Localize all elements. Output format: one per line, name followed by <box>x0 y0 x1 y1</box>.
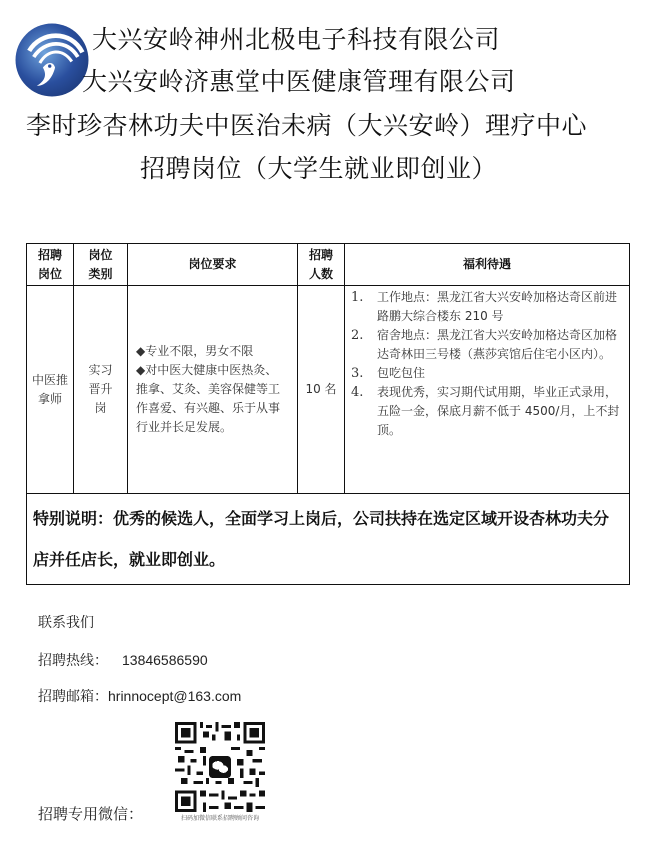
benefit-item: 1. 工作地点：黑龙江省大兴安岭加格达奇区前进路鹏大综合楼东 210 号 <box>351 288 623 326</box>
title-center: 李时珍杏林功夫中医治未病（大兴安岭）理疗中心 <box>26 106 587 142</box>
contact-heading: 联系我们 <box>38 612 94 632</box>
title-company-2: 大兴安岭济惠堂中医健康管理有限公司 <box>82 62 516 98</box>
qr-caption: 扫码加微信联系招聘顾问咨询 <box>165 813 275 822</box>
title-recruitment: 招聘岗位（大学生就业即创业） <box>140 149 497 185</box>
header-headcount: 招聘 人数 <box>298 244 345 286</box>
header-benefits: 福利待遇 <box>345 244 630 286</box>
email-address[interactable]: hrinnocept@163.com <box>108 688 241 704</box>
wechat-label: 招聘专用微信： <box>38 803 143 824</box>
header-position: 招聘 岗位 <box>27 244 74 286</box>
table-header-row: 招聘 岗位 岗位 类别 岗位要求 招聘 人数 福利待遇 <box>27 244 630 286</box>
benefit-item: 4. 表现优秀，实习期代试用期，毕业正式录用，五险一金，保底月薪不低于 4500… <box>351 383 623 440</box>
requirement-item: ◆对中医大健康中医热灸、推拿、艾灸、美容保健等工作喜爱、有兴趣、乐于从事行业并长… <box>136 361 289 437</box>
requirement-item: ◆专业不限，男女不限 <box>136 342 289 361</box>
special-note: 特别说明：优秀的候选人，全面学习上岗后，公司扶持在选定区域开设杏林功夫分店并任店… <box>27 494 630 585</box>
table-row: 中医推 拿师 实习 晋升 岗 ◆专业不限，男女不限 ◆对中医大健康中医热灸、推拿… <box>27 286 630 494</box>
hotline-label: 招聘热线： <box>38 653 108 669</box>
title-company-1: 大兴安岭神州北极电子科技有限公司 <box>92 20 500 56</box>
cell-position: 中医推 拿师 <box>27 286 74 494</box>
header-requirements: 岗位要求 <box>128 244 298 286</box>
benefit-item: 3. 包吃包住 <box>351 364 623 383</box>
cell-benefits: 1. 工作地点：黑龙江省大兴安岭加格达奇区前进路鹏大综合楼东 210 号 2. … <box>345 286 630 494</box>
cell-category: 实习 晋升 岗 <box>74 286 128 494</box>
jobs-table: 招聘 岗位 岗位 类别 岗位要求 招聘 人数 福利待遇 中医推 拿师 实习 晋升… <box>26 243 630 585</box>
contact-hotline: 招聘热线：13846586590 <box>38 650 208 670</box>
contact-email: 招聘邮箱：hrinnocept@163.com <box>38 686 241 706</box>
benefits-list: 1. 工作地点：黑龙江省大兴安岭加格达奇区前进路鹏大综合楼东 210 号 2. … <box>351 288 623 440</box>
email-label: 招聘邮箱： <box>38 689 108 705</box>
wechat-qr-code-icon <box>175 722 265 812</box>
company-logo-icon <box>14 22 90 98</box>
benefit-item: 2. 宿舍地点：黑龙江省大兴安岭加格达奇区加格达奇林田三号楼（燕莎宾馆后住宅小区… <box>351 326 623 364</box>
special-note-row: 特别说明：优秀的候选人，全面学习上岗后，公司扶持在选定区域开设杏林功夫分店并任店… <box>27 494 630 585</box>
header-category: 岗位 类别 <box>74 244 128 286</box>
cell-headcount: 10 名 <box>298 286 345 494</box>
cell-requirements: ◆专业不限，男女不限 ◆对中医大健康中医热灸、推拿、艾灸、美容保健等工作喜爱、有… <box>128 286 298 494</box>
hotline-number[interactable]: 13846586590 <box>122 652 208 668</box>
